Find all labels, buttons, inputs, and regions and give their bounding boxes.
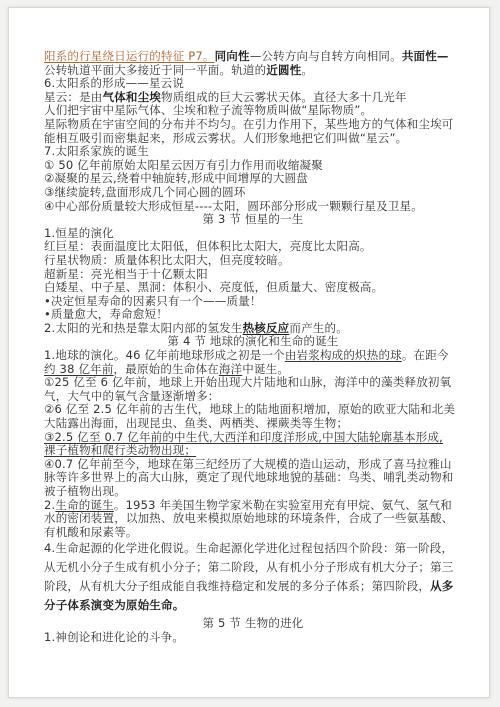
text-run: 由岩浆构成的炽热的球	[285, 348, 402, 362]
text-run: 红巨星：表面温度比太阳低，但体积比太阳大，亮度比太阳高。	[44, 239, 372, 253]
text-run: 有机酸和尿素等。	[44, 525, 138, 539]
text-run: 公转轨道平面大多接近于同一平面。轨道的	[44, 63, 266, 77]
text-run: 脉等许多世界上的高大山脉，奠定了现代地球地貌的基础：鸟类、哺乳类动物和	[44, 470, 454, 484]
text-run: 白矮星、中子星、黑洞：体积小、亮度低，但质量大、密度极高。	[44, 280, 383, 294]
text-line: •决定恒星寿命的因素只有一个——质量！	[44, 295, 462, 309]
text-line: •质量愈大，寿命愈短！	[44, 308, 462, 322]
text-run: 分子体系演变为原始生命。	[44, 598, 184, 612]
text-line: 气，大气中的氧气含量逐渐增多：	[44, 390, 462, 404]
text-run: 能相互吸引而密集起来，形成云雾状。人们形象地把它们叫做“星云”。	[44, 131, 407, 145]
text-line: 白矮星、中子星、黑洞：体积小、亮度低，但质量大、密度极高。	[44, 281, 462, 295]
text-run: 。	[301, 63, 313, 77]
text-run: ③2.5 亿至 0.7 亿年前的中生代,大西洋和印度洋形成,中国大陆轮廓基本形成…	[44, 430, 443, 444]
section-heading: 第 4 节 地球的演化和生命的诞生	[44, 335, 462, 349]
text-line: 星云：是由气体和尘埃物质组成的巨大云雾状天体。直径大多十几光年	[44, 91, 462, 105]
text-line: 6.太阳系的形成——星云说	[44, 77, 462, 91]
text-line: 2.生命的诞生。1953 年美国生物学家米勒在实验室用充有甲烷、氨气、氢气和	[44, 499, 462, 513]
text-line: 阳系的行星绕日运行的特征 P7。同向性—公转方向与自转方向相同。共面性—	[44, 50, 462, 64]
text-run: 1.神创论和进化论的斗争。	[44, 630, 184, 644]
text-line: ④0.7 亿年前至今，地球在第三纪经历了大规模的造山运动，形成了喜马拉雅山	[44, 458, 462, 472]
text-run: 2.太阳的光和热是靠太阳内部的氢发生	[44, 321, 243, 335]
text-run: 从无机小分子生成有机小分子；第二阶段，从有机小分子形成有机大分子；第三	[44, 560, 454, 574]
text-run: ②凝聚的星云,绕着中轴旋转,形成中间增厚的大圆盘	[44, 171, 308, 185]
text-run: ④0.7 亿年前至今，地球在第三纪经历了大规模的造山运动，形成了喜马拉雅山	[44, 457, 452, 471]
text-line: 1.恒星的演化	[44, 227, 462, 241]
text-run: •质量愈大，寿命愈短！	[44, 307, 168, 321]
text-line: 有机酸和尿素等。	[44, 526, 462, 540]
text-run: 1.地球的演化。46 亿年前地球形成之初是一个	[44, 348, 285, 362]
text-line: 分子体系演变为原始生命。	[44, 596, 462, 615]
text-run: 海洋	[219, 362, 242, 376]
text-run: 6.太阳系的形成——星云说	[44, 76, 184, 90]
text-line: 人们把宇宙中星际气体、尘埃和粒子流等物质叫做“星际物质”。	[44, 104, 462, 118]
section-heading: 第 3 节 恒星的一生	[44, 213, 462, 227]
text-run: 第 4 节 地球的演化和生命的诞生	[167, 334, 338, 348]
text-line: 大陆露出海面，出现昆虫、鱼类、两栖类、裸蕨类等生物；	[44, 417, 462, 431]
text-run: —公转方向与自转方向相同。	[250, 49, 402, 63]
scan-background: 阳系的行星绕日运行的特征 P7。同向性—公转方向与自转方向相同。共面性—公转轨道…	[0, 0, 500, 707]
text-line: 水的密闭装置，以加热、放电来模拟原始地球的环境条件，合成了一些氨基酸、	[44, 512, 462, 526]
text-line: 行星状物质：质量体积比太阳大，但亮度较暗。	[44, 254, 462, 268]
text-line: 超新星：亮光相当于十亿颗太阳	[44, 268, 462, 282]
text-run: 物质组成的巨大云雾状天体。直径大多十几光年	[161, 90, 407, 104]
text-line: 脉等许多世界上的高大山脉，奠定了现代地球地貌的基础：鸟类、哺乳类动物和	[44, 471, 462, 485]
text-line: ②凝聚的星云,绕着中轴旋转,形成中间增厚的大圆盘	[44, 172, 462, 186]
text-run: 大陆露出海面，出现昆虫、鱼类、两栖类、裸蕨类等生物；	[44, 416, 348, 430]
text-line: 公转轨道平面大多接近于同一平面。轨道的近圆性。	[44, 64, 462, 78]
text-run: 气体和尘埃	[103, 90, 162, 104]
text-run: 而产生的。	[289, 321, 348, 335]
text-line: ④中心部份质量较大形成恒星----太阳，圆环部分形成一颗颗行星及卫星。	[44, 200, 462, 214]
text-line: ③继续旋转,盘面形成几个同心圆的圆环	[44, 186, 462, 200]
document-body: 阳系的行星绕日运行的特征 P7。同向性—公转方向与自转方向相同。共面性—公转轨道…	[44, 50, 462, 645]
text-line: 裸子植物和爬行类动物出现；	[44, 444, 462, 458]
text-line: ①25 亿至 6 亿年前，地球上开始出现大片陆地和山脉，海洋中的藻类释放初氧	[44, 376, 462, 390]
text-run: 阳系的行星绕日运行的特征 P7。	[44, 49, 215, 63]
text-run: 热核反应	[243, 321, 290, 335]
text-run: 水的密闭装置，以加热、放电来模拟原始地球的环境条件，合成了一些氨基酸、	[44, 511, 454, 525]
text-run: 1.恒星的演化	[44, 226, 114, 240]
text-line: 4.生命起源的化学进化假说。生命起源化学进化过程包括四个阶段：第一阶段，	[44, 539, 462, 558]
text-run: ③继续旋转,盘面形成几个同心圆的圆环	[44, 185, 246, 199]
text-line: 被子植物出现。	[44, 485, 462, 499]
text-line: 7.太阳系家族的诞生	[44, 145, 462, 159]
text-run: 约 38 亿年前	[44, 362, 114, 376]
text-line: 从无机小分子生成有机小分子；第二阶段，从有机小分子形成有机大分子；第三	[44, 558, 462, 577]
text-run: 生命的诞生	[55, 498, 114, 512]
text-run: ，最原始的生命体在	[114, 362, 219, 376]
text-run: 共面性—	[402, 49, 449, 63]
text-run: 星际物质在宇宙空间的分布并不均匀。在引力作用下，某些地方的气体和尘埃可	[44, 117, 454, 131]
text-line: 能相互吸引而密集起来，形成云雾状。人们形象地把它们叫做“星云”。	[44, 132, 462, 146]
text-line: ① 50 亿年前原始太阳星云因万有引力作用而收缩凝聚	[44, 159, 462, 173]
text-line: 阶段，从有机大分子组成能自我维持稳定和发展的多分子体系；第四阶段，从多	[44, 577, 462, 596]
text-line: 星际物质在宇宙空间的分布并不均匀。在引力作用下，某些地方的气体和尘埃可	[44, 118, 462, 132]
text-line: 1.地球的演化。46 亿年前地球形成之初是一个由岩浆构成的炽热的球。在距今	[44, 349, 462, 363]
text-run: 4.生命起源的化学进化假说。生命起源化学进化过程包括四个阶段：第一阶段，	[44, 541, 453, 555]
text-run: 人们把宇宙中星际气体、尘埃和粒子流等物质叫做“星际物质”。	[44, 103, 372, 117]
text-run: 气，大气中的氧气含量逐渐增多：	[44, 389, 220, 403]
text-line: ③2.5 亿至 0.7 亿年前的中生代,大西洋和印度洋形成,中国大陆轮廓基本形成…	[44, 431, 462, 445]
text-run: 。1953 年美国生物学家米勒在实验室用充有甲烷、氨气、氢气和	[114, 498, 452, 512]
text-run: 从多	[430, 579, 453, 593]
section-heading: 第 5 节 生物的进化	[44, 615, 462, 631]
text-run: ②6 亿至 2.5 亿年前的古生代，地球上的陆地面积增加，原始的欧亚大陆和北美	[44, 402, 455, 416]
text-run: ①25 亿至 6 亿年前，地球上开始出现大片陆地和山脉，海洋中的藻类释放初氧	[44, 375, 451, 389]
text-run: 超新星：亮光相当于十亿颗太阳	[44, 267, 208, 281]
text-line: 约 38 亿年前，最原始的生命体在海洋中诞生。	[44, 363, 462, 377]
text-run: ① 50 亿年前原始太阳星云因万有引力作用而收缩凝聚	[44, 158, 323, 172]
text-run: 被子植物出现。	[44, 484, 126, 498]
text-line: 2.太阳的光和热是靠太阳内部的氢发生热核反应而产生的。	[44, 322, 462, 336]
text-run: 裸子植物和爬行类动物出现；	[44, 443, 196, 457]
text-line: ②6 亿至 2.5 亿年前的古生代，地球上的陆地面积增加，原始的欧亚大陆和北美	[44, 403, 462, 417]
text-run: 近圆性	[266, 63, 301, 77]
text-run: 。在距今	[402, 348, 449, 362]
text-run: 星云：是由	[44, 90, 103, 104]
text-run: •决定恒星寿命的因素只有一个——质量！	[44, 294, 262, 308]
text-run: 同向性	[215, 49, 250, 63]
text-run: 行星状物质：质量体积比太阳大，但亮度较暗。	[44, 253, 290, 267]
text-run: 2.	[44, 498, 55, 512]
text-run: 7.太阳系家族的诞生	[44, 144, 149, 158]
document-page: 阳系的行星绕日运行的特征 P7。同向性—公转方向与自转方向相同。共面性—公转轨道…	[8, 7, 490, 698]
text-run: 中诞生。	[242, 362, 289, 376]
text-line: 1.神创论和进化论的斗争。	[44, 631, 462, 645]
text-run: ④中心部份质量较大形成恒星----太阳，圆环部分形成一颗颗行星及卫星。	[44, 199, 423, 213]
text-line: 红巨星：表面温度比太阳低，但体积比太阳大，亮度比太阳高。	[44, 240, 462, 254]
text-run: 阶段，从有机大分子组成能自我维持稳定和发展的多分子体系；第四阶段，	[44, 579, 430, 593]
text-run: 第 5 节 生物的进化	[203, 616, 304, 630]
text-run: 第 3 节 恒星的一生	[203, 212, 304, 226]
